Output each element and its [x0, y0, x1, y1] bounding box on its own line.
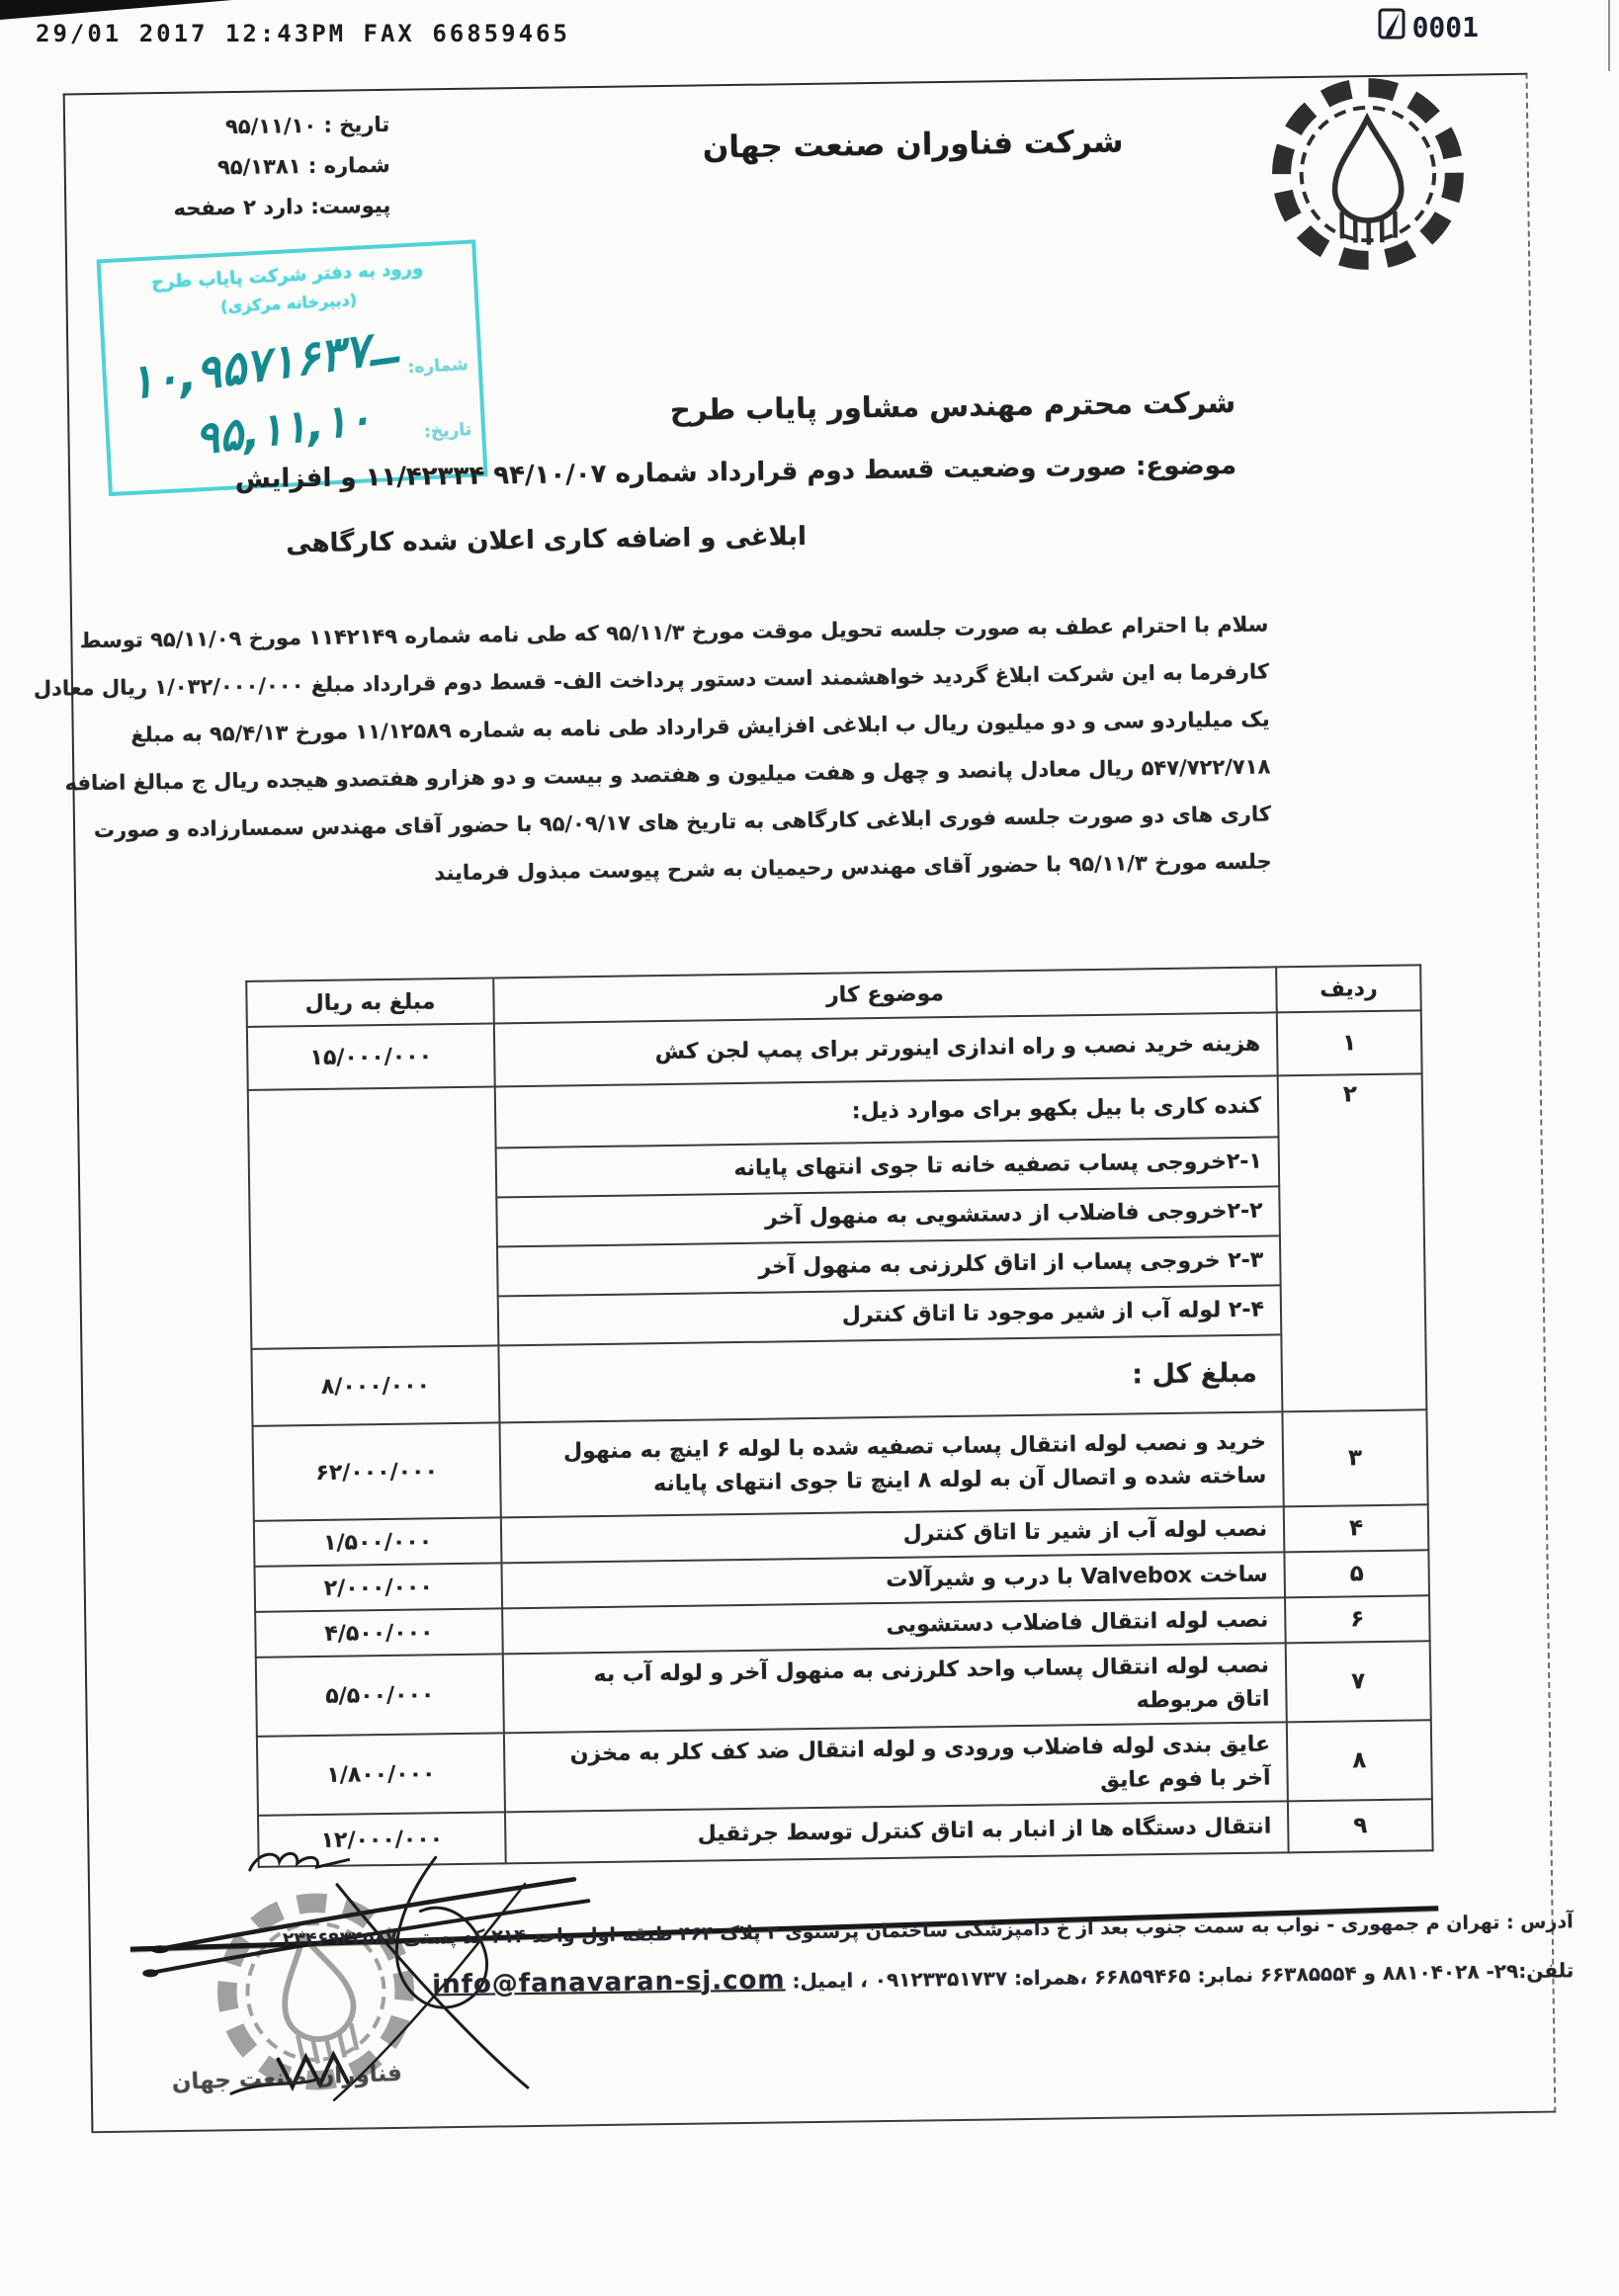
amount-cell: ۴/۵۰۰/۰۰۰ [255, 1608, 503, 1657]
row-number-cell: ۶ [1285, 1595, 1430, 1643]
entry-stamp-date-value: ۹۵,۱۱,۱۰ [192, 391, 374, 465]
row-number-cell: ۷ [1286, 1641, 1431, 1722]
letter-date: تاریخ : ۹۵/۱۱/۱۰ [101, 113, 389, 140]
entry-stamp-date-label: تاریخ: [424, 420, 472, 442]
footer-email: info@fanavaran-sj.com [432, 1965, 786, 1999]
work-subject-cell: کنده کاری با بیل بکهو برای موارد ذیل: [495, 1075, 1279, 1148]
row-number-cell: ۲ [1278, 1073, 1427, 1411]
amount-cell: ۱/۵۰۰/۰۰۰ [254, 1517, 502, 1566]
column-header-row-number: ردیف [1276, 965, 1421, 1012]
work-subject-cell: مبلغ کل : [498, 1334, 1282, 1422]
recipient-line: شرکت محترم مهندس مشاور پایاب طرح [670, 385, 1236, 427]
work-subject-cell: عایق بندی لوله فاضلاب ورودی و لوله انتقا… [504, 1722, 1288, 1812]
company-name: شرکت فناوران صنعت جهان [703, 124, 1124, 165]
gear-droplet-logo [1255, 53, 1480, 294]
entry-registration-stamp: ورود به دفتر شرکت پایاب طرح (دبیرخانه مر… [97, 239, 488, 496]
work-items-table: ردیف موضوع کار مبلغ به ریال ۱هزینه خرید … [245, 964, 1433, 1868]
letterhead-meta: تاریخ : ۹۵/۱۱/۱۰ شماره : ۹۵/۱۳۸۱ پیوست: … [101, 113, 391, 238]
pen-on-page-icon [1377, 6, 1406, 48]
column-header-amount: مبلغ به ریال [246, 978, 494, 1026]
row-number-cell: ۳ [1282, 1409, 1427, 1506]
amount-cell: ۱۵/۰۰۰/۰۰۰ [247, 1023, 495, 1089]
subject-line-2: ابلاغی و اضافه کاری اعلان شده کارگاهی [286, 522, 807, 558]
work-subject-cell: خرید و نصب لوله انتقال پساب تصفیه شده با… [499, 1411, 1283, 1517]
table-row: ۳خرید و نصب لوله انتقال پساب تصفیه شده ب… [253, 1409, 1428, 1521]
amount-cell [248, 1086, 499, 1348]
fax-page-number: 0001 [1412, 11, 1479, 43]
fax-page-counter: 0001 [1377, 6, 1479, 48]
row-number-cell: ۵ [1284, 1550, 1429, 1597]
work-subject-cell: هزینه خرید نصب و راه اندازی اینورتر برای… [494, 1012, 1278, 1086]
letter-frame: تاریخ : ۹۵/۱۱/۱۰ شماره : ۹۵/۱۳۸۱ پیوست: … [63, 73, 1557, 2133]
scanned-fax-page: { "fax_header": { "line": "29/01 2017 12… [0, 0, 1619, 2296]
row-number-cell: ۸ [1287, 1720, 1432, 1801]
letter-body: سلام با احترام عطف به صورت جلسه تحویل مو… [122, 600, 1272, 900]
work-subject-cell: نصب لوله انتقال پساب واحد کلرزنی به منهو… [503, 1643, 1287, 1733]
scan-edge-line [1608, 0, 1610, 71]
footer-phone-text: تلفن:۲۹- ۸۸۱۰۴۰۲۸ و ۶۶۳۸۵۵۵۴ نمابر: ۶۶۸۵… [785, 1958, 1574, 1993]
amount-cell: ۸/۰۰۰/۰۰۰ [251, 1345, 499, 1425]
letter-number: شماره : ۹۵/۱۳۸۱ [102, 153, 390, 181]
amount-cell: ۶۲/۰۰۰/۰۰۰ [253, 1422, 501, 1520]
entry-stamp-number-label: شماره: [407, 355, 469, 378]
amount-cell: ۲/۰۰۰/۰۰۰ [254, 1563, 502, 1611]
row-number-cell: ۱ [1277, 1010, 1422, 1075]
fax-header-line: 29/01 2017 12:43PM FAX 66859465 [36, 20, 570, 47]
letter-attachment: پیوست: دارد ۲ صفحه [102, 194, 390, 221]
row-number-cell: ۴ [1284, 1504, 1429, 1552]
scan-edge-artifact [0, 0, 232, 20]
amount-cell: ۱/۸۰۰/۰۰۰ [257, 1733, 505, 1815]
amount-cell: ۵/۵۰۰/۰۰۰ [256, 1654, 504, 1736]
row-number-cell: ۹ [1288, 1799, 1433, 1852]
